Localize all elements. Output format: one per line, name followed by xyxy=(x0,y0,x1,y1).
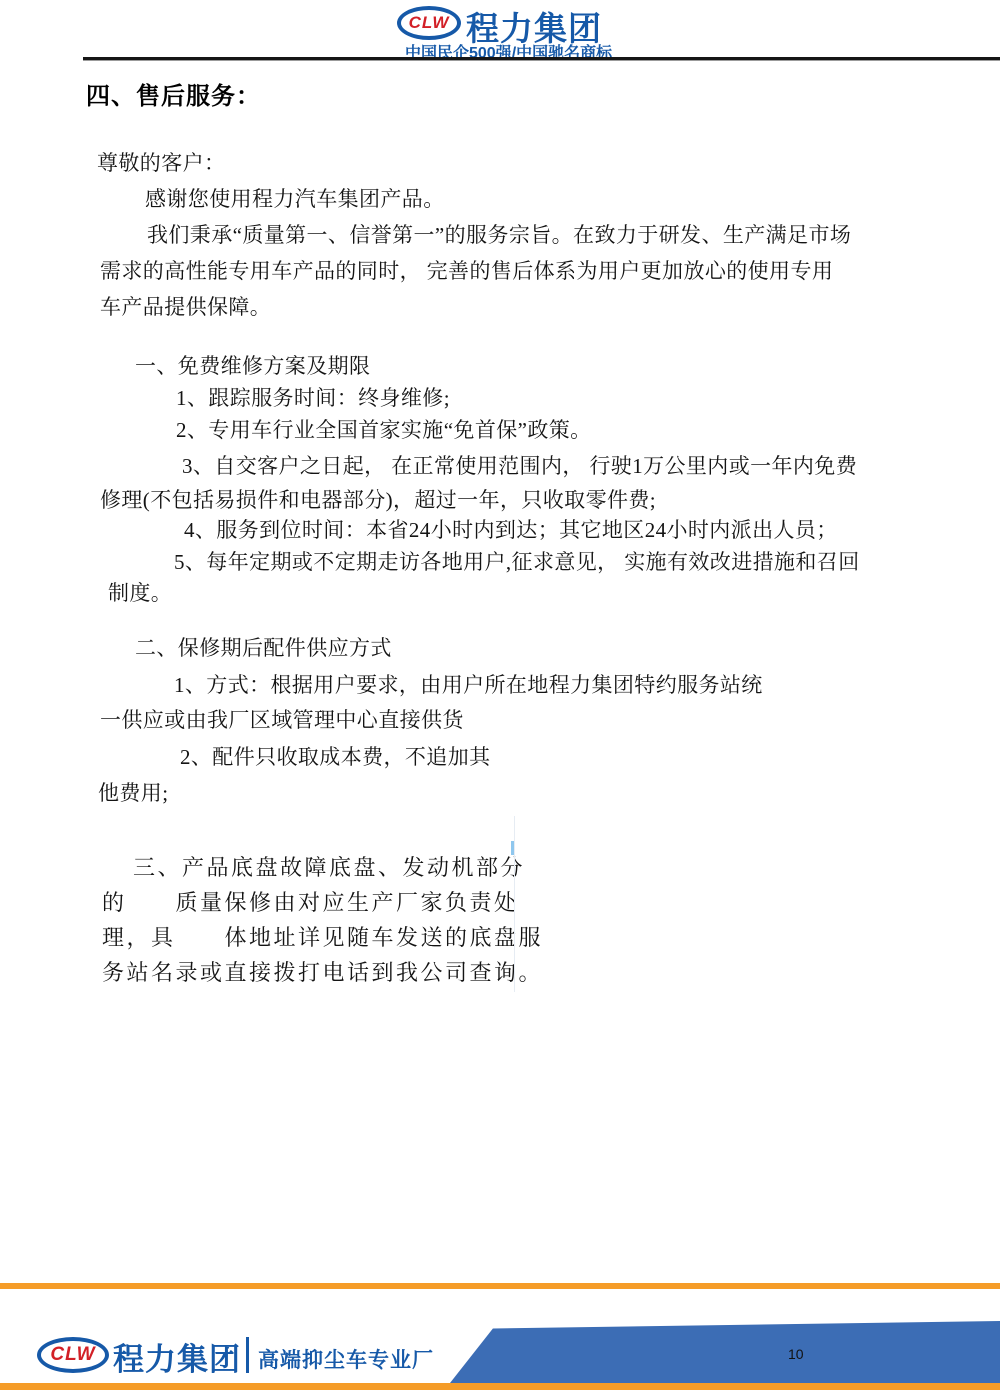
footer-bottom-orange-rule xyxy=(0,1383,1000,1390)
section-2-heading: 二、保修期后配件供应方式 xyxy=(135,632,392,662)
paragraph-line: 车产品提供保障。 xyxy=(100,291,271,321)
list-item: 1、跟踪服务时间：终身维修; xyxy=(176,382,450,412)
clw-logo-icon: CLW xyxy=(37,1337,109,1373)
list-item: 2、配件只收取成本费，不追加其 xyxy=(180,741,491,771)
section-1-heading: 一、免费维修方案及期限 xyxy=(135,350,370,380)
list-item-wrap: 一供应或由我厂区域管理中心直接供货 xyxy=(100,704,464,734)
paragraph-line: 理，具 体地址详见随车发送的底盘服 xyxy=(102,921,543,952)
list-item-wrap: 修理(不包括易损件和电器部分)，超过一年，只收取零件费; xyxy=(100,484,656,514)
clw-logo-text: CLW xyxy=(50,1344,95,1366)
list-item-wrap: 他费用; xyxy=(98,777,168,807)
footer-logo-divider xyxy=(246,1337,249,1373)
list-item: 2、专用车行业全国首家实施“免首保”政策。 xyxy=(176,414,592,444)
clw-logo-icon: CLW xyxy=(397,6,461,40)
footer-blue-band: 10 xyxy=(450,1321,1000,1383)
paragraph-line: 感谢您使用程力汽车集团产品。 xyxy=(145,183,445,213)
list-item-wrap: 制度。 xyxy=(108,577,172,607)
list-item: 1、方式：根据用户要求，由用户所在地程力集团特约服务站统 xyxy=(174,669,763,699)
paragraph-line: 务站名录或直接拨打电话到我公司查询。 xyxy=(102,956,543,987)
list-item: 3、自交客户之日起， 在正常使用范围内， 行驶1万公里内或一年内免费 xyxy=(182,450,857,480)
footer-slogan: 高端抑尘车专业厂 xyxy=(258,1344,434,1374)
section-3-heading: 三、产品底盘故障底盘、发动机部分 xyxy=(133,851,525,882)
footer-top-orange-rule xyxy=(0,1283,1000,1289)
document-page: CLW 程力集团 中国民企500强/中国驰名商标 四、售后服务： 尊敬的客户： … xyxy=(0,0,1000,1390)
salutation-line: 尊敬的客户： xyxy=(97,147,225,177)
header-divider xyxy=(83,57,1000,61)
textbox-border-artifact xyxy=(514,816,515,992)
footer-brand-name: 程力集团 xyxy=(113,1334,241,1379)
list-item: 4、服务到位时间：本省24小时内到达；其它地区24小时内派出人员； xyxy=(184,514,838,544)
page-number: 10 xyxy=(788,1346,804,1362)
page-title: 四、售后服务： xyxy=(86,76,261,111)
paragraph-line: 的 质量保修由对应生产厂家负责处 xyxy=(102,886,519,917)
textbox-cursor-artifact xyxy=(511,841,514,855)
list-item: 5、每年定期或不定期走访各地用户,征求意见， 实施有效改进措施和召回 xyxy=(174,546,860,576)
paragraph-line: 需求的高性能专用车产品的同时， 完善的售后体系为用户更加放心的使用专用 xyxy=(100,255,833,285)
clw-logo-text: CLW xyxy=(409,13,450,33)
paragraph-line: 我们秉承“质量第一、信誉第一”的服务宗旨。在致力于研发、生产满足市场 xyxy=(147,219,851,249)
